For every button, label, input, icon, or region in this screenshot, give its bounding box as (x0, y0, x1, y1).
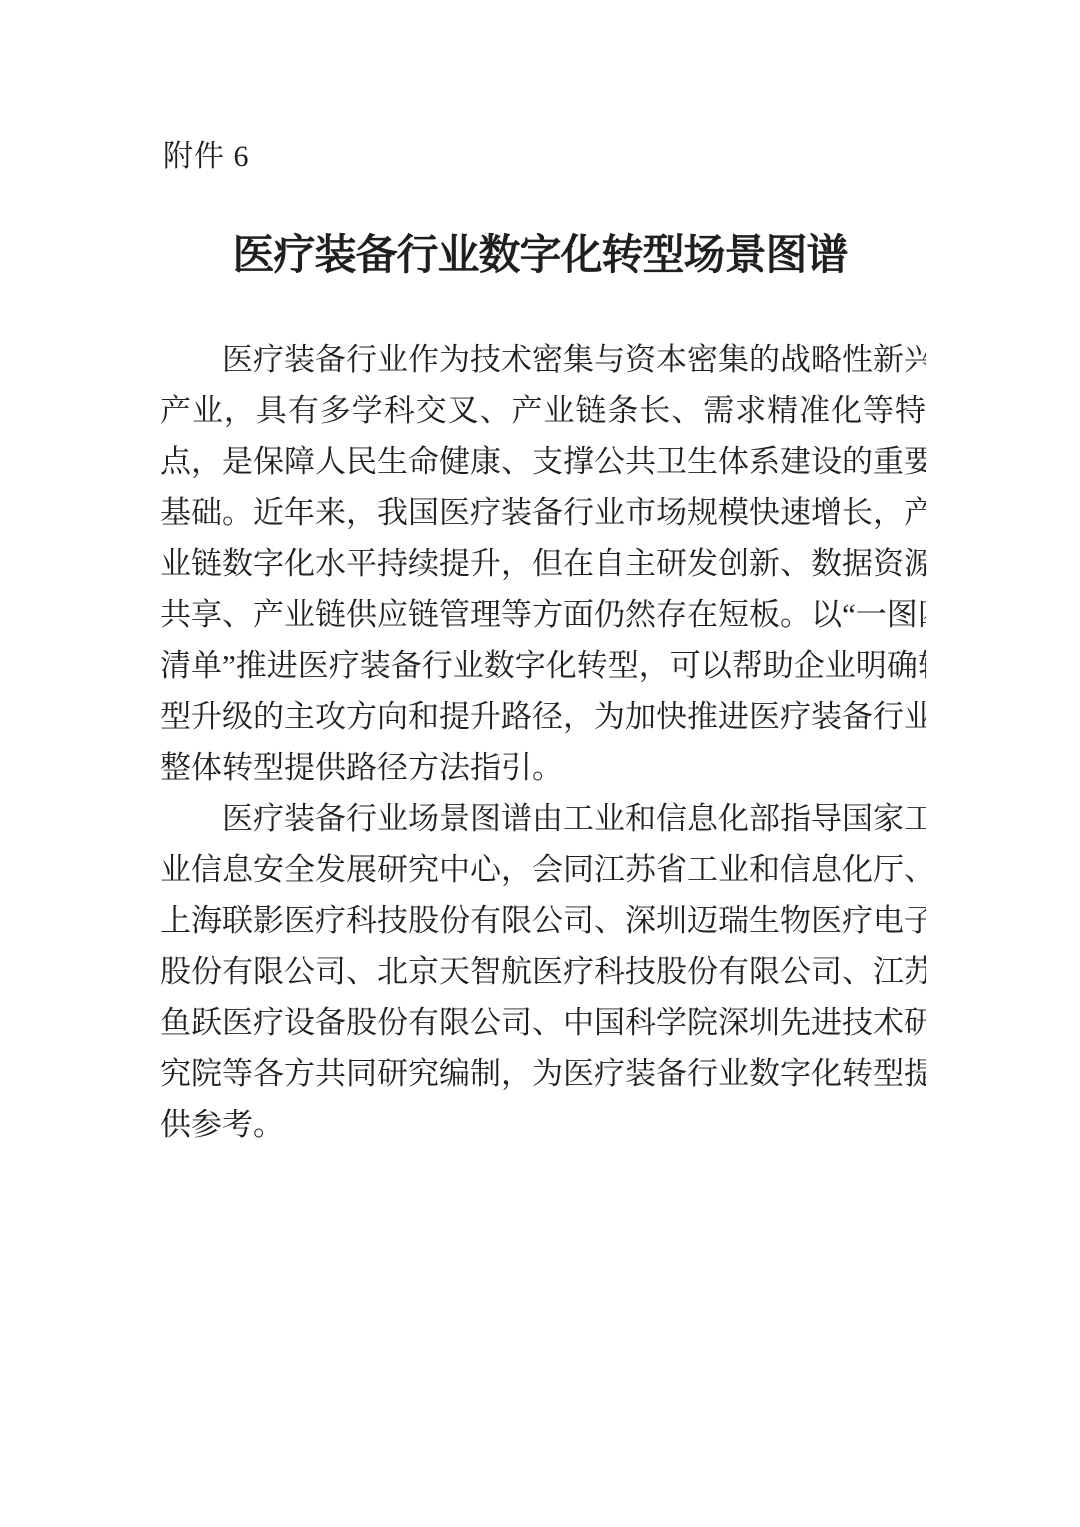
paragraph-line: 上海联影医疗科技股份有限公司、深圳迈瑞生物医疗电子 (160, 895, 926, 946)
paragraph-line: 基础。近年来，我国医疗装备行业市场规模快速增长，产 (160, 487, 926, 538)
paragraph-line: 点，是保障人民生命健康、支撑公共卫生体系建设的重要 (160, 436, 926, 487)
paragraph-line: 究院等各方共同研究编制，为医疗装备行业数字化转型提 (160, 1048, 926, 1099)
paragraph-line: 业链数字化水平持续提升，但在自主研发创新、数据资源 (160, 538, 926, 589)
paragraph-line: 鱼跃医疗设备股份有限公司、中国科学院深圳先进技术研 (160, 997, 926, 1048)
paragraph-line: 产业，具有多学科交叉、产业链条长、需求精准化等特 (160, 385, 926, 436)
paragraph: 医疗装备行业场景图谱由工业和信息化部指导国家工 业信息安全发展研究中心，会同江苏… (160, 793, 926, 1150)
document-title: 医疗装备行业数字化转型场景图谱 (0, 228, 1080, 284)
paragraph-line: 医疗装备行业场景图谱由工业和信息化部指导国家工 (160, 793, 926, 844)
attachment-label: 附件 6 (163, 138, 250, 176)
paragraph-line: 股份有限公司、北京天智航医疗科技股份有限公司、江苏 (160, 946, 926, 997)
paragraph-line: 清单”推进医疗装备行业数字化转型，可以帮助企业明确转 (160, 640, 926, 691)
paragraph-line: 型升级的主攻方向和提升路径，为加快推进医疗装备行业 (160, 691, 926, 742)
paragraph-line: 整体转型提供路径方法指引。 (160, 742, 926, 793)
paragraph-line: 业信息安全发展研究中心，会同江苏省工业和信息化厅、 (160, 844, 926, 895)
document-page: 附件 6 医疗装备行业数字化转型场景图谱 医疗装备行业作为技术密集与资本密集的战… (0, 0, 1080, 1527)
paragraph-line: 医疗装备行业作为技术密集与资本密集的战略性新兴 (160, 334, 926, 385)
paragraph-line: 供参考。 (160, 1099, 926, 1150)
document-body: 医疗装备行业作为技术密集与资本密集的战略性新兴 产业，具有多学科交叉、产业链条长… (160, 334, 926, 1150)
paragraph-line: 共享、产业链供应链管理等方面仍然存在短板。以“一图四 (160, 589, 926, 640)
paragraph: 医疗装备行业作为技术密集与资本密集的战略性新兴 产业，具有多学科交叉、产业链条长… (160, 334, 926, 793)
